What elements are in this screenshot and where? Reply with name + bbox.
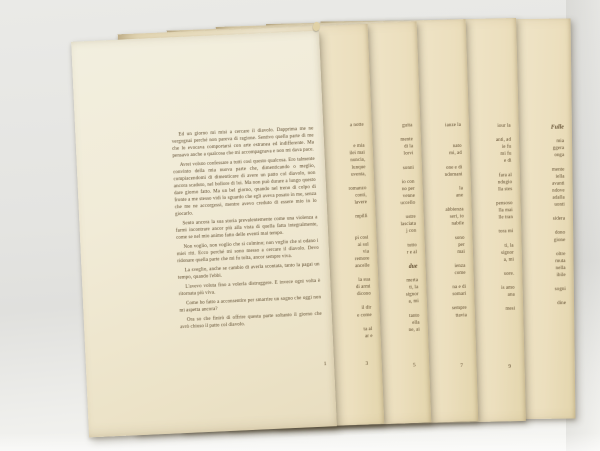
- photograph-of-fanned-book-sheets: Fulle miaggeraonga menteiellaavantindove…: [0, 0, 600, 451]
- page-number: 1: [323, 361, 326, 367]
- top-sheet-page-1: Ed un giorno mi misi a cercare il diavol…: [71, 31, 337, 438]
- page-number: 9: [508, 363, 511, 369]
- page-number: 7: [460, 362, 463, 368]
- main-text-block: Ed un giorno mi misi a cercare il diavol…: [171, 125, 322, 333]
- page-number: 3: [365, 360, 368, 366]
- paragraph: Ora so che finirò di offrire questa part…: [180, 310, 322, 330]
- paragraph: Avrei voluto confessare a tutti così que…: [173, 155, 317, 217]
- paragraph: Sento ancora la sua storia prevalentemen…: [175, 214, 318, 241]
- page-number: 5: [412, 362, 415, 368]
- paragraph: Ed un giorno mi misi a cercare il diavol…: [171, 125, 314, 159]
- paragraph: Non voglio, non voglio che si colmino; n…: [176, 237, 319, 264]
